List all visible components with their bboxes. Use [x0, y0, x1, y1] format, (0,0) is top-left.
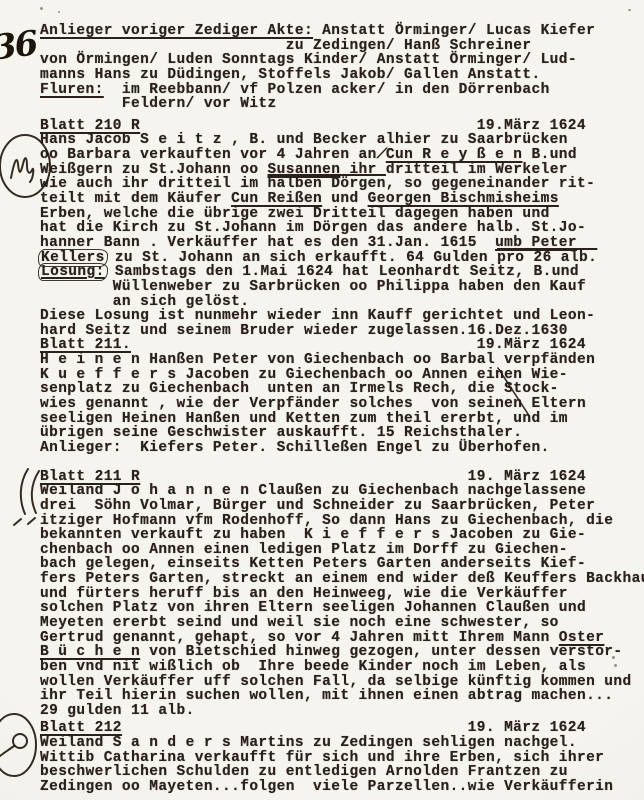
text-segment: von Bietschied hinweg gezogen, unter des…	[140, 644, 622, 660]
text-segment: hat die Kirch zu St.Johann im Dörgen das…	[40, 220, 586, 236]
text-line: Anlieger: Kiefers Peter. Schilleßen Enge…	[40, 441, 644, 456]
circled-scribble-annotation	[0, 131, 55, 201]
text-line: bekannten verkauft zu haben K i e f f e …	[40, 528, 644, 543]
text-segment: teilt mit dem Käufer	[40, 191, 231, 207]
text-line: senplatz zu Giechenbach unten an Irmels …	[40, 382, 644, 397]
text-segment: wie auch ihr dritteil im	[40, 176, 268, 192]
text-segment: Wüllenweber zu Sarbrücken oo Philippa ha…	[40, 279, 586, 295]
entry-date: 19.März 1624	[477, 338, 586, 353]
text-line: Zedingen oo Mayeten...folgen viele Parze…	[40, 780, 644, 795]
text-segment: oo Barbara verkauften vor 4 Jahren an	[40, 147, 377, 163]
text-segment: und	[322, 191, 368, 207]
text-segment: manns Hans zu Düdingen, Stoffels Jakob/ …	[40, 67, 541, 83]
text-line: ihr Teil hierin suchen wollen, mit ihnen…	[40, 689, 644, 704]
text-line: bach gelegen, einseits Ketten Peters Gar…	[40, 557, 644, 572]
paper-speck	[628, 9, 631, 11]
double-paren-annotation	[10, 466, 50, 528]
text-line: Losung: Sambstags den 1.Mai 1624 hat Leo…	[40, 265, 644, 280]
text-segment: Zedingen oo Mayeten...folgen viele Parze…	[40, 779, 613, 795]
text-segment: halben Dörgen	[268, 176, 386, 192]
paper-speck	[612, 656, 615, 659]
text-line: beschwerlichen Schulden zu entledigen Ar…	[40, 765, 644, 780]
text-segment: umb Peter	[495, 235, 577, 251]
text-segment: drei Söhn Volmar, Bürger und Schneider z…	[40, 498, 595, 514]
text-line: wie auch ihr dritteil im halben Dörgen, …	[40, 177, 644, 192]
blatt-heading: Blatt 211 R	[40, 469, 140, 485]
text-line: drei Söhn Volmar, Bürger und Schneider z…	[40, 499, 644, 514]
text-column: Anlieger voriger Zediger Akte: Anstatt Ö…	[40, 24, 644, 795]
section-blatt-211r: Blatt 211 R19. März 1624Weiland J o h a …	[40, 470, 644, 719]
text-line: solchen Platz von ihren Eltern seeligen …	[40, 601, 644, 616]
entry-date: 19. März 1624	[468, 470, 586, 485]
entry-date: 19. März 1624	[468, 721, 586, 736]
text-line: Diese Losung ist nunmehr wieder inn Kauf…	[40, 309, 644, 324]
text-segment: Sambstags den 1.Mai 1624 hat Leonhardt S…	[106, 264, 579, 280]
paper-speck	[614, 664, 617, 667]
text-line: itziger Hofmann vfm Rodenhoff, So dann H…	[40, 514, 644, 529]
paper-speck	[40, 7, 43, 10]
text-line: Fluren: im Reebbann/ vf Polzen acker/ in…	[40, 83, 644, 98]
text-segment: Weiland J o h a n n e n Claußen zu Giech…	[40, 483, 586, 499]
text-segment: fers Peters Garten, streckt an einem end…	[40, 571, 644, 587]
text-segment: solchen Platz von ihren Eltern seeligen …	[40, 600, 586, 616]
text-segment: B.und	[522, 147, 577, 163]
text-segment: Meyeten ererbt seind und weil sie noch e…	[40, 615, 559, 631]
text-line: hat die Kirch zu St.Johann im Dörgen das…	[40, 221, 644, 236]
blatt-heading: Blatt 210 R	[40, 118, 140, 134]
text-segment: beschwerlichen Schulden zu entledigen Ar…	[40, 764, 568, 780]
text-segment: ben vnd nit wißlich ob Ihre beede Kinder…	[40, 659, 586, 675]
text-segment: Anlieger voriger Zediger Akte:	[40, 23, 313, 39]
text-segment: 29 gulden 11 alb.	[40, 703, 195, 719]
blatt-heading-row: Blatt 21219. März 1624	[40, 721, 644, 736]
scanned-document-page: Anlieger voriger Zediger Akte: Anstatt Ö…	[0, 0, 644, 800]
text-line: fers Peters Garten, streckt an einem end…	[40, 572, 644, 587]
text-line: oo Barbara verkauften vor 4 Jahren an/Cu…	[40, 148, 644, 163]
text-line: Weiland J o h a n n e n Claußen zu Giech…	[40, 484, 644, 499]
text-segment: Weiland S a n d e r s Martins zu Zedinge…	[40, 735, 577, 751]
text-line: Weiland S a n d e r s Martins zu Zedinge…	[40, 736, 644, 751]
blatt-heading-row: Blatt 211 R19. März 1624	[40, 470, 644, 485]
paper-speck	[58, 11, 60, 13]
blatt-heading: Blatt 212	[40, 720, 122, 736]
text-line: manns Hans zu Düdingen, Stoffels Jakob/ …	[40, 68, 644, 83]
text-line: hanner Bann . Verkäuffer hat es den 31.J…	[40, 236, 644, 251]
text-segment: , so gegeneinander rit-	[386, 176, 595, 192]
text-line: Meyeten ererbt seind und weil sie noch e…	[40, 616, 644, 631]
text-line: ben vnd nit wißlich ob Ihre beede Kinder…	[40, 660, 644, 675]
circled-loop-annotation	[0, 710, 43, 780]
section-blatt-210r: Blatt 210 R19.März 1624Hans Jacob S e i …	[40, 119, 644, 339]
text-line: B ü c h e n von Bietschied hinweg gezoge…	[40, 645, 644, 660]
text-line: von Örmingen/ Luden Sonntags Kinder/ Ans…	[40, 53, 644, 68]
text-segment: Anlieger: Kiefers Peter. Schilleßen Enge…	[40, 440, 550, 456]
text-segment: B ü c h e n	[40, 644, 140, 660]
text-segment: Feldern/ vor Witz	[40, 96, 277, 112]
text-segment: übrigen seine Geschwister auskaufft. 15 …	[40, 425, 522, 441]
text-segment: von Örmingen/ Luden Sonntags Kinder/ Ans…	[40, 52, 577, 68]
text-line: Wüllenweber zu Sarbrücken oo Philippa ha…	[40, 280, 644, 295]
text-segment: Diese Losung ist nunmehr wieder inn Kauf…	[40, 308, 595, 324]
text-segment: Anstatt Örminger/ Lucas Kiefer	[313, 23, 595, 39]
entry-date: 19.März 1624	[477, 119, 586, 134]
text-line: wies genannt , wie der Verpfänder solche…	[40, 397, 644, 412]
text-line: Anlieger voriger Zediger Akte: Anstatt Ö…	[40, 24, 644, 39]
text-segment: Cun R e y ß e n	[386, 147, 523, 163]
text-segment: ihr Teil hierin suchen wollen, mit ihnen…	[40, 688, 613, 704]
diagonal-stroke-annotation	[492, 366, 536, 418]
text-line: wollen Verkäuffer uff solchen Fall, da s…	[40, 675, 644, 690]
handwritten-page-number: 36	[0, 24, 39, 69]
section-blatt-212: Blatt 21219. März 1624Weiland S a n d e …	[40, 721, 644, 794]
text-segment: Cun Reißen	[231, 191, 322, 207]
text-line: teilt mit dem Käufer Cun Reißen und Geor…	[40, 192, 644, 207]
section-blatt-211: Blatt 211.19.März 1624H e i n e n Hanßen…	[40, 338, 644, 455]
text-segment: Georgen Bischmisheims	[368, 191, 559, 207]
blatt-heading-row: Blatt 210 R19.März 1624	[40, 119, 644, 134]
text-line: übrigen seine Geschwister auskaufft. 15 …	[40, 426, 644, 441]
section-anlieger-header: Anlieger voriger Zediger Akte: Anstatt Ö…	[40, 24, 644, 112]
blatt-heading: Blatt 211.	[40, 337, 131, 353]
text-line: Feldern/ vor Witz	[40, 97, 644, 112]
blatt-heading-row: Blatt 211.19.März 1624	[40, 338, 644, 353]
text-segment: bekannten verkauft zu haben K i e f f e …	[40, 527, 586, 543]
text-segment: hanner Bann . Verkäuffer hat es den 31.J…	[40, 235, 495, 251]
text-segment: senplatz zu Giechenbach unten an Irmels …	[40, 381, 559, 397]
text-line: an sich gelöst.	[40, 295, 644, 310]
text-line: 29 gulden 11 alb.	[40, 704, 644, 719]
text-line: H e i n e n Hanßen Peter von Giechenbach…	[40, 353, 644, 368]
text-line: Hans Jacob S e i t z , B. und Becker alh…	[40, 133, 644, 148]
